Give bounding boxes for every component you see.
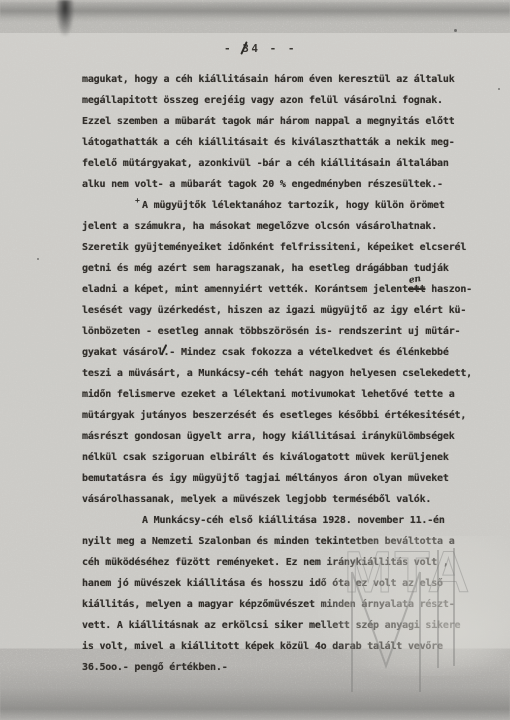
text-line: nyilt meg a Nemzeti Szalonban és minden … [82,531,482,552]
text-line: vásárolhassanak, melyek a müvészek legjo… [82,489,482,510]
scan-speck [454,29,457,32]
text-line: felelő mütárgyakat, azonkivül -bár a céh… [82,153,482,174]
scanned-document-page: - 34 - - magukat, hogy a céh kiállitásai… [0,0,510,720]
ink-smudge [56,0,74,36]
text-line: nélkül csak szigoruan elbirált és kiválo… [82,447,482,468]
text-line: alku nem volt- a mübarát tagok 20 % enge… [82,174,482,195]
text-line: vett. A kiállitásnak az erkölcsi siker m… [82,615,482,636]
page-number: - 34 - - [224,42,297,55]
scan-top-edge-band [0,2,510,22]
text-line: gyakat vásárol.- Mindez csak fokozza a v… [82,342,482,363]
text-line: is volt, mivel a kiállitott képek közül … [82,636,482,657]
text-line: másrészt gondosan ügyelt arra, hogy kiál… [82,426,482,447]
text-line: mütárgyak jutányos beszerzését és esetle… [82,405,482,426]
scan-speck [498,88,500,90]
text-line: eladni a képet, mint amennyiért vették. … [82,279,482,300]
text-line: céh müködéséhez füzött reményeket. Ez ne… [82,552,482,573]
text-line: A Munkácsy-céh első kiállitása 1928. nov… [82,510,482,531]
text-line: hanem jó müvészek kiállitása és hosszu i… [82,573,482,594]
text-line: Ezzel szemben a mübarát tagok már három … [82,111,482,132]
text-line: megállapitott összeg erejéig vagy azon f… [82,90,482,111]
overstruck-text: etten [408,284,425,295]
text-line: 36.5oo.- pengő értékben.- [82,657,482,678]
text-line: A mügyüjtők lélektanához tartozik, hogy … [82,195,482,216]
text-line: jelent a számukra, ha másokat megelőzve … [82,216,482,237]
stray-plus-mark: + [135,196,140,205]
text-line: lönbözeten - esetleg annak többszörösén … [82,321,482,342]
text-line: getni és még azért sem haragszanak, ha e… [82,258,482,279]
document-lines: magukat, hogy a céh kiállitásain három é… [82,69,482,678]
text-line: lesését vagy üzérkedést, hiszen az igazi… [82,300,482,321]
text-line: kiállitás, melyen a magyar képzőmüvészet… [82,594,482,615]
text-line: Szeretik gyüjteményeiket időnként felfri… [82,237,482,258]
text-line: látogathatták a céh kiállitásait és kivá… [82,132,482,153]
handwritten-correction: en [408,274,421,286]
text-line: bemutatásra és igy mügyüjtő tagjai méltá… [82,468,482,489]
text-line: magukat, hogy a céh kiállitásain három é… [82,69,482,90]
text-line: teszi a müvásárt, a Munkácsy-céh tehát n… [82,363,482,384]
text-line: midőn felismerve ezeket a lélektani moti… [82,384,482,405]
scan-speck [37,258,39,260]
